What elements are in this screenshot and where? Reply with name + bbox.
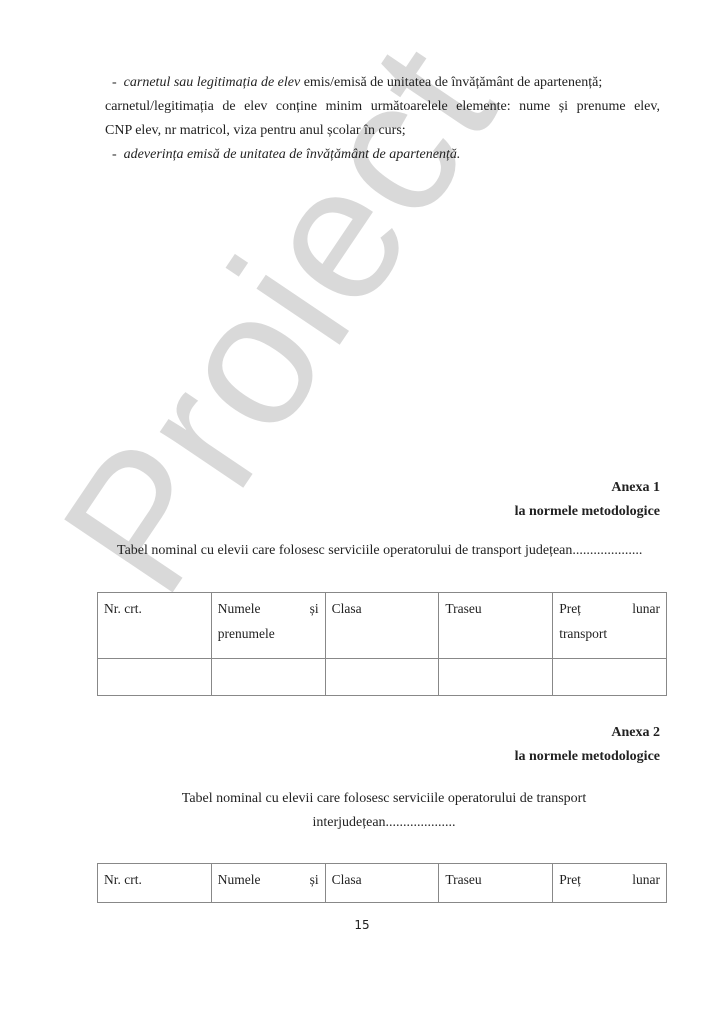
italic-term: carnetul sau legitimația de elev: [124, 75, 301, 90]
header-cell: Traseu: [439, 593, 553, 659]
anexa2-subtitle: la normele metodologice: [515, 748, 660, 766]
page-number: 15: [0, 918, 724, 932]
header-cell: Clasa: [325, 593, 439, 659]
table-header-row: Nr. crt. Numele și prenumele Clasa Trase…: [98, 593, 667, 659]
anexa1-title: Anexa 1: [611, 479, 660, 497]
header-cell: Traseu: [439, 864, 553, 903]
bullet-text: emis/emisă de unitatea de învățământ de …: [300, 75, 602, 90]
paragraph-line: carnetul/legitimația de elev conține min…: [105, 98, 660, 116]
anexa2-table: Nr. crt. Numele și Clasa Traseu Preț lun…: [97, 863, 667, 903]
header-cell: Numele și prenumele: [211, 593, 325, 659]
table-header-row: Nr. crt. Numele și Clasa Traseu Preț lun…: [98, 864, 667, 903]
anexa1-table: Nr. crt. Numele și prenumele Clasa Trase…: [97, 592, 667, 696]
anexa2-title: Anexa 2: [611, 724, 660, 742]
anexa1-subtitle: la normele metodologice: [515, 503, 660, 521]
header-cell: Preț lunar transport: [553, 593, 667, 659]
italic-term: adeverința emisă de unitatea de învățămâ…: [124, 147, 461, 162]
bullet-carnet: - carnetul sau legitimația de elev emis/…: [112, 74, 602, 92]
anexa1-caption: Tabel nominal cu elevii care folosesc se…: [117, 542, 642, 560]
table-cell: [553, 659, 667, 696]
table-cell: [98, 659, 212, 696]
anexa2-caption-line1: Tabel nominal cu elevii care folosesc se…: [22, 790, 724, 808]
table-cell: [211, 659, 325, 696]
header-cell: Numele și: [211, 864, 325, 903]
header-cell: Preț lunar: [553, 864, 667, 903]
anexa2-caption-line2: interjudețean....................: [22, 814, 724, 832]
bullet-adeverinta: - adeverința emisă de unitatea de învăță…: [112, 146, 460, 164]
paragraph-line: CNP elev, nr matricol, viza pentru anul …: [105, 122, 406, 140]
header-cell: Nr. crt.: [98, 593, 212, 659]
header-cell: Clasa: [325, 864, 439, 903]
header-cell: Nr. crt.: [98, 864, 212, 903]
table-cell: [325, 659, 439, 696]
bullet-dash: -: [112, 75, 117, 90]
table-row: [98, 659, 667, 696]
bullet-dash: -: [112, 147, 117, 162]
table-cell: [439, 659, 553, 696]
